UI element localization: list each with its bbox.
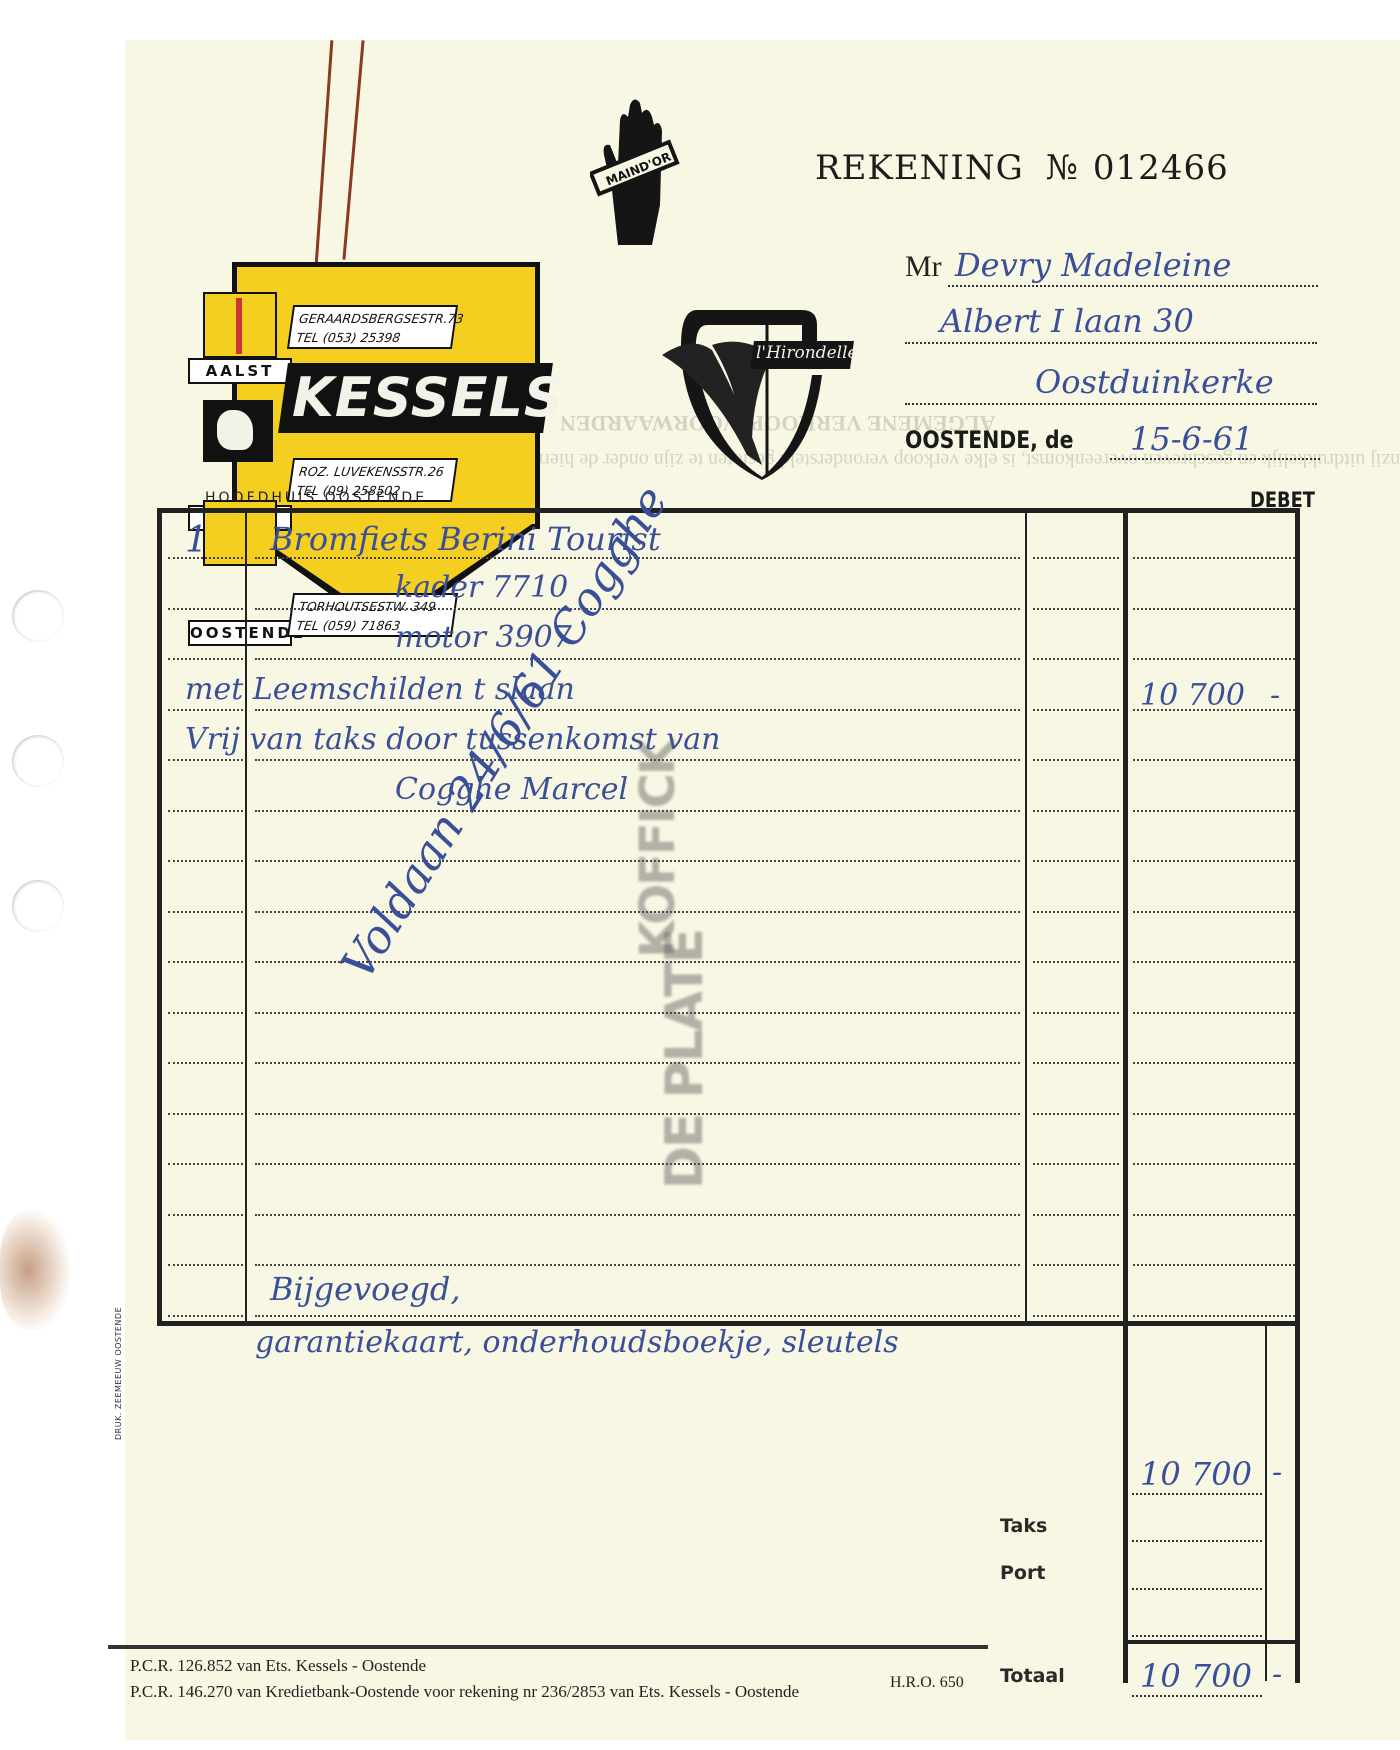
- salutation: Mr: [905, 250, 942, 284]
- footer-hro: H.R.O. 650: [890, 1674, 964, 1692]
- ruled-line: [1133, 961, 1295, 963]
- ruled-line: [255, 1113, 1020, 1115]
- ruled-line: [255, 1163, 1020, 1165]
- total-line: [1132, 1695, 1262, 1697]
- maindor-hand-icon: MAIND'OR: [590, 95, 680, 245]
- ruled-line: [168, 911, 243, 913]
- branch-address-aalst: GERAARDSBERGSESTR.73 TEL (053) 25398: [287, 305, 458, 349]
- branch-city-aalst: AALST: [188, 358, 292, 384]
- ruled-line: [1033, 860, 1119, 862]
- printer-credit: DRUK. ZEEMEEUW OOSTENDE: [114, 1307, 123, 1440]
- port-line: [1132, 1588, 1262, 1590]
- recipient-city: Oostduinkerke: [1035, 363, 1274, 401]
- totals-box: [1123, 1323, 1300, 1683]
- rust-stain: [0, 1210, 70, 1330]
- cents-column-divider: [1123, 512, 1128, 1324]
- ruled-line: [168, 961, 243, 963]
- ruled-line: [1133, 860, 1295, 862]
- ruled-line: [255, 709, 1020, 711]
- footer-rule: [108, 1645, 988, 1649]
- ruled-line: [168, 709, 243, 711]
- ruled-line: [168, 1062, 243, 1064]
- amount-column-divider: [1025, 512, 1027, 1324]
- ruled-line: [1133, 1062, 1295, 1064]
- ruled-line: [1033, 1062, 1119, 1064]
- ruled-line: [1133, 608, 1295, 610]
- line-item-cents: -: [1270, 678, 1280, 713]
- taks-line: [1132, 1540, 1262, 1542]
- qty-column-divider: [245, 512, 247, 1324]
- ruled-line: [1033, 1264, 1119, 1266]
- ruled-line: [255, 1315, 1020, 1317]
- ruled-line: [1133, 658, 1295, 660]
- line-item-description: kader 7710: [395, 570, 568, 605]
- binder-hole: [12, 735, 64, 787]
- ruled-line: [1033, 1214, 1119, 1216]
- watermark-stamp: KOFFICK: [630, 740, 686, 958]
- ruled-line: [1033, 810, 1119, 812]
- ruled-line: [168, 1163, 243, 1165]
- ruled-line: [168, 1214, 243, 1216]
- blank-line: [1132, 1635, 1262, 1637]
- invoice-title: REKENING№012466: [815, 148, 1229, 188]
- ruled-line: [168, 1264, 243, 1266]
- ruled-line: [1033, 557, 1119, 559]
- ruled-line: [255, 1062, 1020, 1064]
- place-label: OOSTENDE, de: [905, 426, 1073, 454]
- ruled-line: [1133, 1315, 1295, 1317]
- ruled-line: [168, 759, 243, 761]
- ruled-line: [168, 1012, 243, 1014]
- ruled-line: [1033, 709, 1119, 711]
- company-name: KESSELS: [292, 365, 542, 431]
- ruled-line: [1133, 1012, 1295, 1014]
- ruled-line: [255, 658, 1020, 660]
- recipient-name-line: [948, 285, 1318, 287]
- subtotal-line: [1132, 1493, 1262, 1495]
- recipient-street-line: [905, 342, 1317, 344]
- taks-label: Taks: [1000, 1515, 1047, 1537]
- port-label: Port: [1000, 1562, 1045, 1584]
- subtotal-cents: -: [1272, 1455, 1282, 1490]
- total-cents: -: [1272, 1657, 1282, 1692]
- ruled-line: [1033, 759, 1119, 761]
- recipient-name: Devry Madeleine: [955, 246, 1231, 284]
- ruled-line: [1033, 1315, 1119, 1317]
- ruled-line: [1133, 1113, 1295, 1115]
- total-label: Totaal: [1000, 1665, 1065, 1687]
- ruled-line: [1033, 1113, 1119, 1115]
- head-office-label: HOOFDHUIS OOSTENDE: [205, 490, 427, 506]
- ruled-line: [168, 1113, 243, 1115]
- enclosures-label: Bijgevoegd,: [270, 1270, 461, 1308]
- ruled-line: [1033, 911, 1119, 913]
- ruled-line: [1033, 961, 1119, 963]
- hirondelle-swallow-icon: l'Hirondelle: [652, 305, 852, 480]
- ruled-line: [168, 1315, 243, 1317]
- ruled-line: [1033, 1163, 1119, 1165]
- ruled-line: [168, 658, 243, 660]
- recipient-city-line: [905, 403, 1317, 405]
- invoice-title-label: REKENING: [815, 148, 1024, 188]
- ruled-line: [168, 860, 243, 862]
- ruled-line: [1133, 1264, 1295, 1266]
- ruled-line: [1133, 557, 1295, 559]
- ruled-line: [1133, 1163, 1295, 1165]
- ruled-line: [1033, 658, 1119, 660]
- line-item-qty: 1: [185, 520, 208, 561]
- ruled-line: [1133, 911, 1295, 913]
- binder-hole: [12, 590, 64, 642]
- line-items-table: [157, 508, 1300, 1326]
- total-value: 10 700: [1140, 1657, 1252, 1695]
- footer-line-1: P.C.R. 126.852 van Ets. Kessels - Oosten…: [130, 1656, 426, 1676]
- totals-rule: [1128, 1640, 1298, 1644]
- invoice-number: 012466: [1093, 148, 1229, 188]
- invoice-date: 15-6-61: [1130, 420, 1253, 458]
- number-symbol: №: [1046, 148, 1079, 188]
- recipient-street: Albert I laan 30: [940, 302, 1194, 340]
- enclosures-items: garantiekaart, onderhoudsboekje, sleutel…: [255, 1325, 899, 1360]
- ruled-line: [1133, 1214, 1295, 1216]
- watermark-stamp: DE PLATE: [655, 930, 715, 1189]
- ruled-line: [168, 810, 243, 812]
- ruled-line: [255, 608, 1020, 610]
- ruled-line: [255, 1264, 1020, 1266]
- binder-hole: [12, 880, 64, 932]
- ruled-line: [1033, 608, 1119, 610]
- date-line: [1110, 458, 1320, 460]
- ruled-line: [1133, 759, 1295, 761]
- footer-line-2: P.C.R. 146.270 van Kredietbank-Oostende …: [130, 1682, 799, 1702]
- subtotal-value: 10 700: [1140, 1455, 1252, 1493]
- totals-cents-divider: [1265, 1326, 1267, 1681]
- aalst-crest-icon: [203, 292, 277, 358]
- gent-lion-crest-icon: [203, 400, 273, 462]
- ruled-line: [168, 608, 243, 610]
- ruled-line: [255, 1012, 1020, 1014]
- line-item-amount: 10 700: [1140, 678, 1245, 713]
- ruled-line: [1133, 810, 1295, 812]
- ruled-line: [1033, 1012, 1119, 1014]
- ruled-line: [255, 1214, 1020, 1216]
